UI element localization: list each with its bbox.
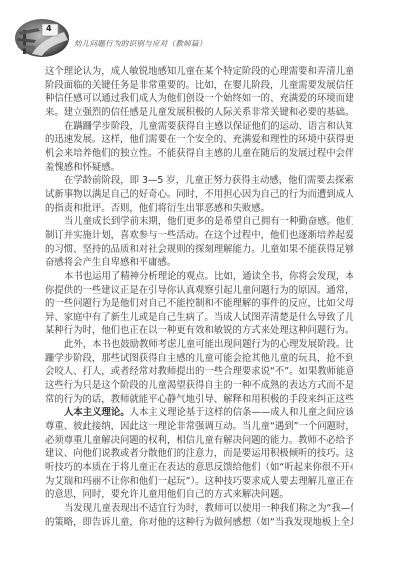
text-line: 本书也运用了精神分析理论的观点。比如，通读全书，你将会发现，本书为 xyxy=(45,270,353,284)
text-line: 的迅速发展。这样，他们需要在一个安全的、充满爱和理性的环境中获得更多的 xyxy=(45,133,353,147)
text-line: 的一些问题行为是他们对自己不能控制和不能理解的事件的反应，比如父母的离 xyxy=(45,297,353,311)
running-title: 幼儿问题行为的识别与应对（教师篇） xyxy=(74,38,207,49)
text-line: 跚学步阶段，那些试图获得自主感的儿童可能会抢其他儿童的玩具，抢不到时就 xyxy=(45,352,353,366)
text-line: 种信任感可以通过我们成人为他们创设一个始终如一的、充满爱的环境而建立起 xyxy=(45,92,353,106)
text-line: 会咬人、打人，或者经常对教师提出的一些合理要求说“不”。如果教师能意识到 xyxy=(45,365,353,379)
text-line: 奋感将会产生自卑感和平庸感。 xyxy=(45,256,353,270)
signpost-icon xyxy=(14,18,72,58)
text-line: 阶段面临的关键任务是非常重要的。比如，在婴儿阶段，儿童需要发展信任感，这 xyxy=(45,79,353,93)
section-heading-inline: 人本主义理论。 xyxy=(64,407,130,418)
text-line: 这个理论认为，成人敏锐地感知儿童在某个特定阶段的心理需要和弄清儿童在这个 xyxy=(45,65,353,79)
text-line: 尊重、彼此接纳，因此这一理论非常强调互动。当儿童“遇到”一个问题时，教师 xyxy=(45,420,353,434)
text-line: 的指责和批评。否则，他们将衍生出罪恶感和失败感。 xyxy=(45,202,353,216)
text-line: 你提供的一些建议正是在引导你认真观察引起儿童问题行为的原因。通常，儿童 xyxy=(45,284,353,298)
text-line: 来。建立强烈的信任感是儿童发展积极的人际关系非常关键和必要的基础。 xyxy=(45,106,353,120)
page-number: 4 xyxy=(46,24,52,33)
text-run: 人本主义理论基于这样的信条——成人和儿童之间应该相互 xyxy=(130,407,353,418)
text-line: 此外，本书也鼓励教师考虑儿童可能出现问题行为的心理发展阶段。比如：蹒 xyxy=(45,338,353,352)
text-line: 为艾瑞和玛丽不让你和他们一起玩”）。这种技巧要求成人要去理解儿童正在表达 xyxy=(45,475,353,489)
text-line: 的策略，即告诉儿童，你对他的这种行为做何感想（如“当我发现地板上全是积木 xyxy=(45,516,353,530)
text-line: 这些行为只是这个阶段的儿童渴望获得自主的一种不成熟的表达方式而不是不正 xyxy=(45,379,353,393)
text-line: 制订并实施计划，喜欢参与一些活动。在这个过程中，他们也逐渐培养起爱劳动 xyxy=(45,229,353,243)
text-line: 必须尊重儿童解决问题的权利，相信儿童有解决问题的能力。教师不必给予儿童 xyxy=(45,434,353,448)
text-line: 建议、向他们说教或者分散他们的注意力，而是要运用积极倾听的技巧。这种倾 xyxy=(45,447,353,461)
text-line: 试新事物以满足自己的好奇心。同时，不用担心因为自己的行为而遭到成人过度 xyxy=(45,188,353,202)
body-text: 这个理论认为，成人敏锐地感知儿童在某个特定阶段的心理需要和弄清儿童在这个阶段面临… xyxy=(45,65,353,529)
page-header: 4 幼儿问题行为的识别与应对（教师篇） xyxy=(0,0,400,64)
chapter-badge: 4 xyxy=(14,18,72,58)
text-line: 异、家庭中有了新生儿或是自己生病了。当成人试图弄清楚是什么导致了儿童的 xyxy=(45,311,353,325)
text-line: 人本主义理论。人本主义理论基于这样的信条——成人和儿童之间应该相互 xyxy=(45,406,353,420)
text-line: 听技巧的本质在于将儿童正在表达的意思反馈给他们（如“听起来你很不开心，因 xyxy=(45,461,353,475)
text-line: 机会来培养他们的独立性。不能获得自主感的儿童在随后的发展过程中会伴随有 xyxy=(45,147,353,161)
text-line: 的习惯、坚持的品质和对社会规则的探刻理解能力。儿童如果不能获得足够的勤 xyxy=(45,243,353,257)
text-line: 常的行为的话，教师就能平心静气地引导、解释和用积极的手段来纠正这些行为。 xyxy=(45,393,353,407)
text-line: 在学龄前阶段，即 3—5 岁，儿童正努力获得主动感，他们需要去探索、去尝 xyxy=(45,174,353,188)
text-line: 在蹒跚学步阶段，儿童需要获得自主感以保证他们的运动、语言和认知能力 xyxy=(45,120,353,134)
text-line: 当发现儿童表现出不适宜行为时，教师可以使用一种我们称之为“我—信息” xyxy=(45,502,353,516)
text-line: 当儿童成长到学前末期，他们更多的是希望自己拥有一种勤奋感。他们喜欢 xyxy=(45,215,353,229)
text-line: 某种行为时，他们也正在以一种更有效和敏锐的方式来处理这种问题行为。 xyxy=(45,324,353,338)
text-line: 羞愧感和怀疑感。 xyxy=(45,161,353,175)
text-line: 的意思，同时，要允许儿童用他们自己的方式来解决问题。 xyxy=(45,488,353,502)
